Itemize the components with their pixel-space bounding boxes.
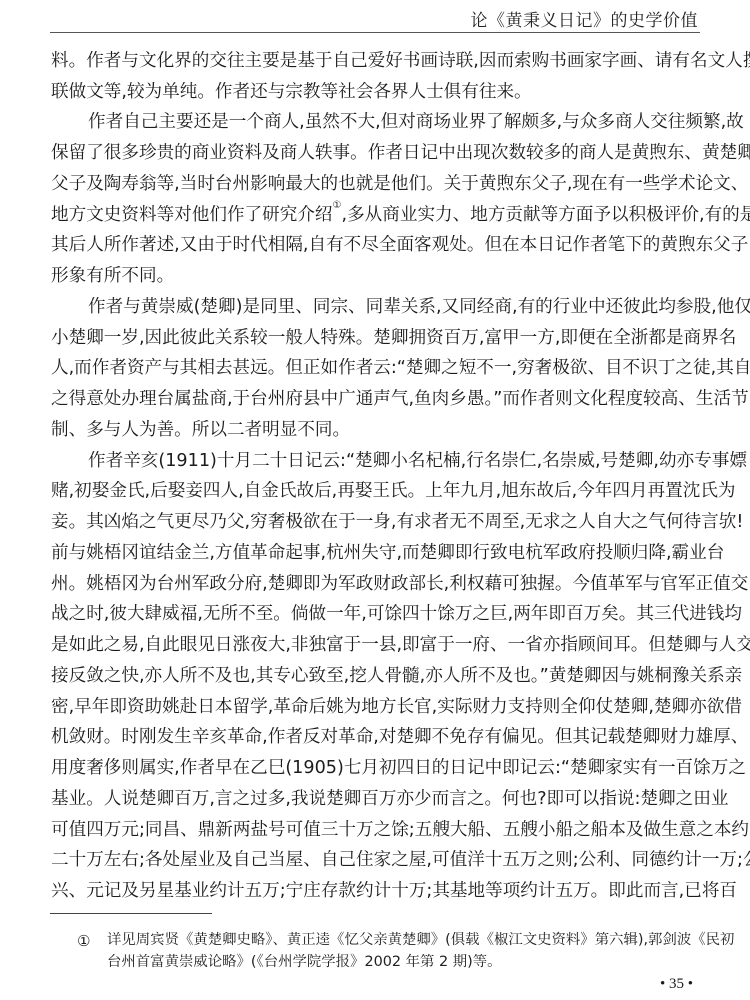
body-text-line: 保留了很多珍贵的商业资料及商人轶事。作者日记中出现次数较多的商人是黄煦东、黄楚卿 [51,141,697,165]
body-text-line: 州。姚梧冈为台州军政分府,楚卿即为军政财政部长,利权藉可独握。今值革军与官军正值… [51,572,697,596]
body-text-line: 机敛财。时刚发生辛亥革命,作者反对革命,对楚卿不免存有偏见。但其记载楚卿财力雄厚… [51,725,697,749]
page-number: • 35 • [660,974,693,994]
line-text-segment: ,多从商业实力、地方贡献等方面予以积极评价,有的是 [341,205,750,225]
body-text-line: 是如此之易,自此眼见日涨夜大,非独富于一县,即富于一府、一省亦指顾间耳。但楚卿与… [51,633,697,657]
footnote-rule [50,913,212,914]
body-text-line: 形象有所不同。 [51,264,697,288]
body-text-line: 地方文史资料等对他们作了研究介绍①,多从商业实力、地方贡献等方面予以积极评价,有… [51,203,697,227]
body-text-line: 料。作者与文化界的交往主要是基于自己爱好书画诗联,因而索购书画家字画、请有名文人… [51,49,697,73]
body-text-line: 可值四万元;同昌、鼎新两盐号可值三十万之馀;五艘大船、五艘小船之船本及做生意之本… [51,818,697,842]
line-text-segment: 地方文史资料等对他们作了研究介绍 [51,205,333,225]
footnote-marker: ① [77,932,90,950]
header-rule [50,32,700,33]
body-text-line: 制、多与人为善。所以二者明显不同。 [51,418,697,442]
body-text-line: 人,而作者资产与其相去甚远。但正如作者云:“楚卿之短不一,穷奢极欲、目不识丁之徒… [51,356,697,380]
footnote-line: 详见周宾贤《黄楚卿史略》、黄正逵《忆父亲黄楚卿》(俱载《椒江文史资料》第六辑),… [107,931,697,949]
body-text-line: 用度奢侈则属实,作者早在乙巳(1905)七月初四日的日记中即记云:“楚卿家实有一… [51,756,697,780]
body-text-line: 其后人所作著述,又由于时代相隔,自有不尽全面客观处。但在本日记作者笔下的黄煦东父… [51,233,697,257]
body-text-line: 之得意处办理台属盐商,于台州府县中广通声气,鱼肉乡愚。”而作者则文化程度较高、生… [51,387,697,411]
body-text-line: 作者辛亥(1911)十月二十日记云:“楚卿小名杞楠,行名崇仁,名崇威,号楚卿,幼… [88,449,697,473]
body-text-line: 妾。其凶焰之气更尽乃父,穷奢极欲在于一身,有求者无不周至,无求之人自大之气何待言… [51,510,697,534]
body-text-line: 战之时,彼大肆威福,无所不至。倘做一年,可馀四十馀万之巨,两年即百万矣。其三代进… [51,602,697,626]
body-text-line: 父子及陶寿翁等,当时台州影响最大的也就是他们。关于黄煦东父子,现在有一些学术论文… [51,172,697,196]
body-text-line: 联做文等,较为单纯。作者还与宗教等社会各界人士俱有往来。 [51,80,697,104]
footnote-line: 台州首富黄崇威论略》(《台州学院学报》2002 年第 2 期)等。 [107,953,697,971]
body-text-line: 作者自己主要还是一个商人,虽然不大,但对商场业界了解颇多,与众多商人交往频繁,故 [88,110,697,134]
body-text-line: 小楚卿一岁,因此彼此关系较一般人特殊。楚卿拥资百万,富甲一方,即便在全浙都是商界… [51,326,697,350]
footnote-reference[interactable]: ① [333,200,342,211]
running-head-title: 论《黄秉义日记》的史学价值 [471,6,699,31]
body-text-line: 基业。人说楚卿百万,言之过多,我说楚卿百万亦少而言之。何也?即可以指说:楚卿之田… [51,787,697,811]
body-text-line: 兴、元记及另星基业约计五万;宁庄存款约计十万;其基地等项约计五万。即此而言,已将… [51,879,697,903]
body-text-line: 前与姚梧冈谊结金兰,方值革命起事,杭州失守,而楚卿即行致电杭军政府投顺归降,霸业… [51,541,697,565]
body-text-line: 密,早年即资助姚赴日本留学,革命后姚为地方长官,实际财力支持则全仰仗楚卿,楚卿亦… [51,695,697,719]
body-text-line: 接反敛之快,亦人所不及也,其专心致至,挖人骨髓,亦人所不及也。”黄楚卿因与姚桐豫… [51,664,697,688]
body-text-line: 作者与黄崇威(楚卿)是同里、同宗、同辈关系,又同经商,有的行业中还彼此均参股,他… [88,295,697,319]
body-text-line: 赌,初娶金氏,后娶妾四人,自金氏故后,再娶王氏。上年九月,旭东故后,今年四月再置… [51,479,697,503]
body-text-line: 二十万左右;各处屋业及自己当屋、自己住家之屋,可值洋十五万之则;公利、同德约计一… [51,848,697,872]
